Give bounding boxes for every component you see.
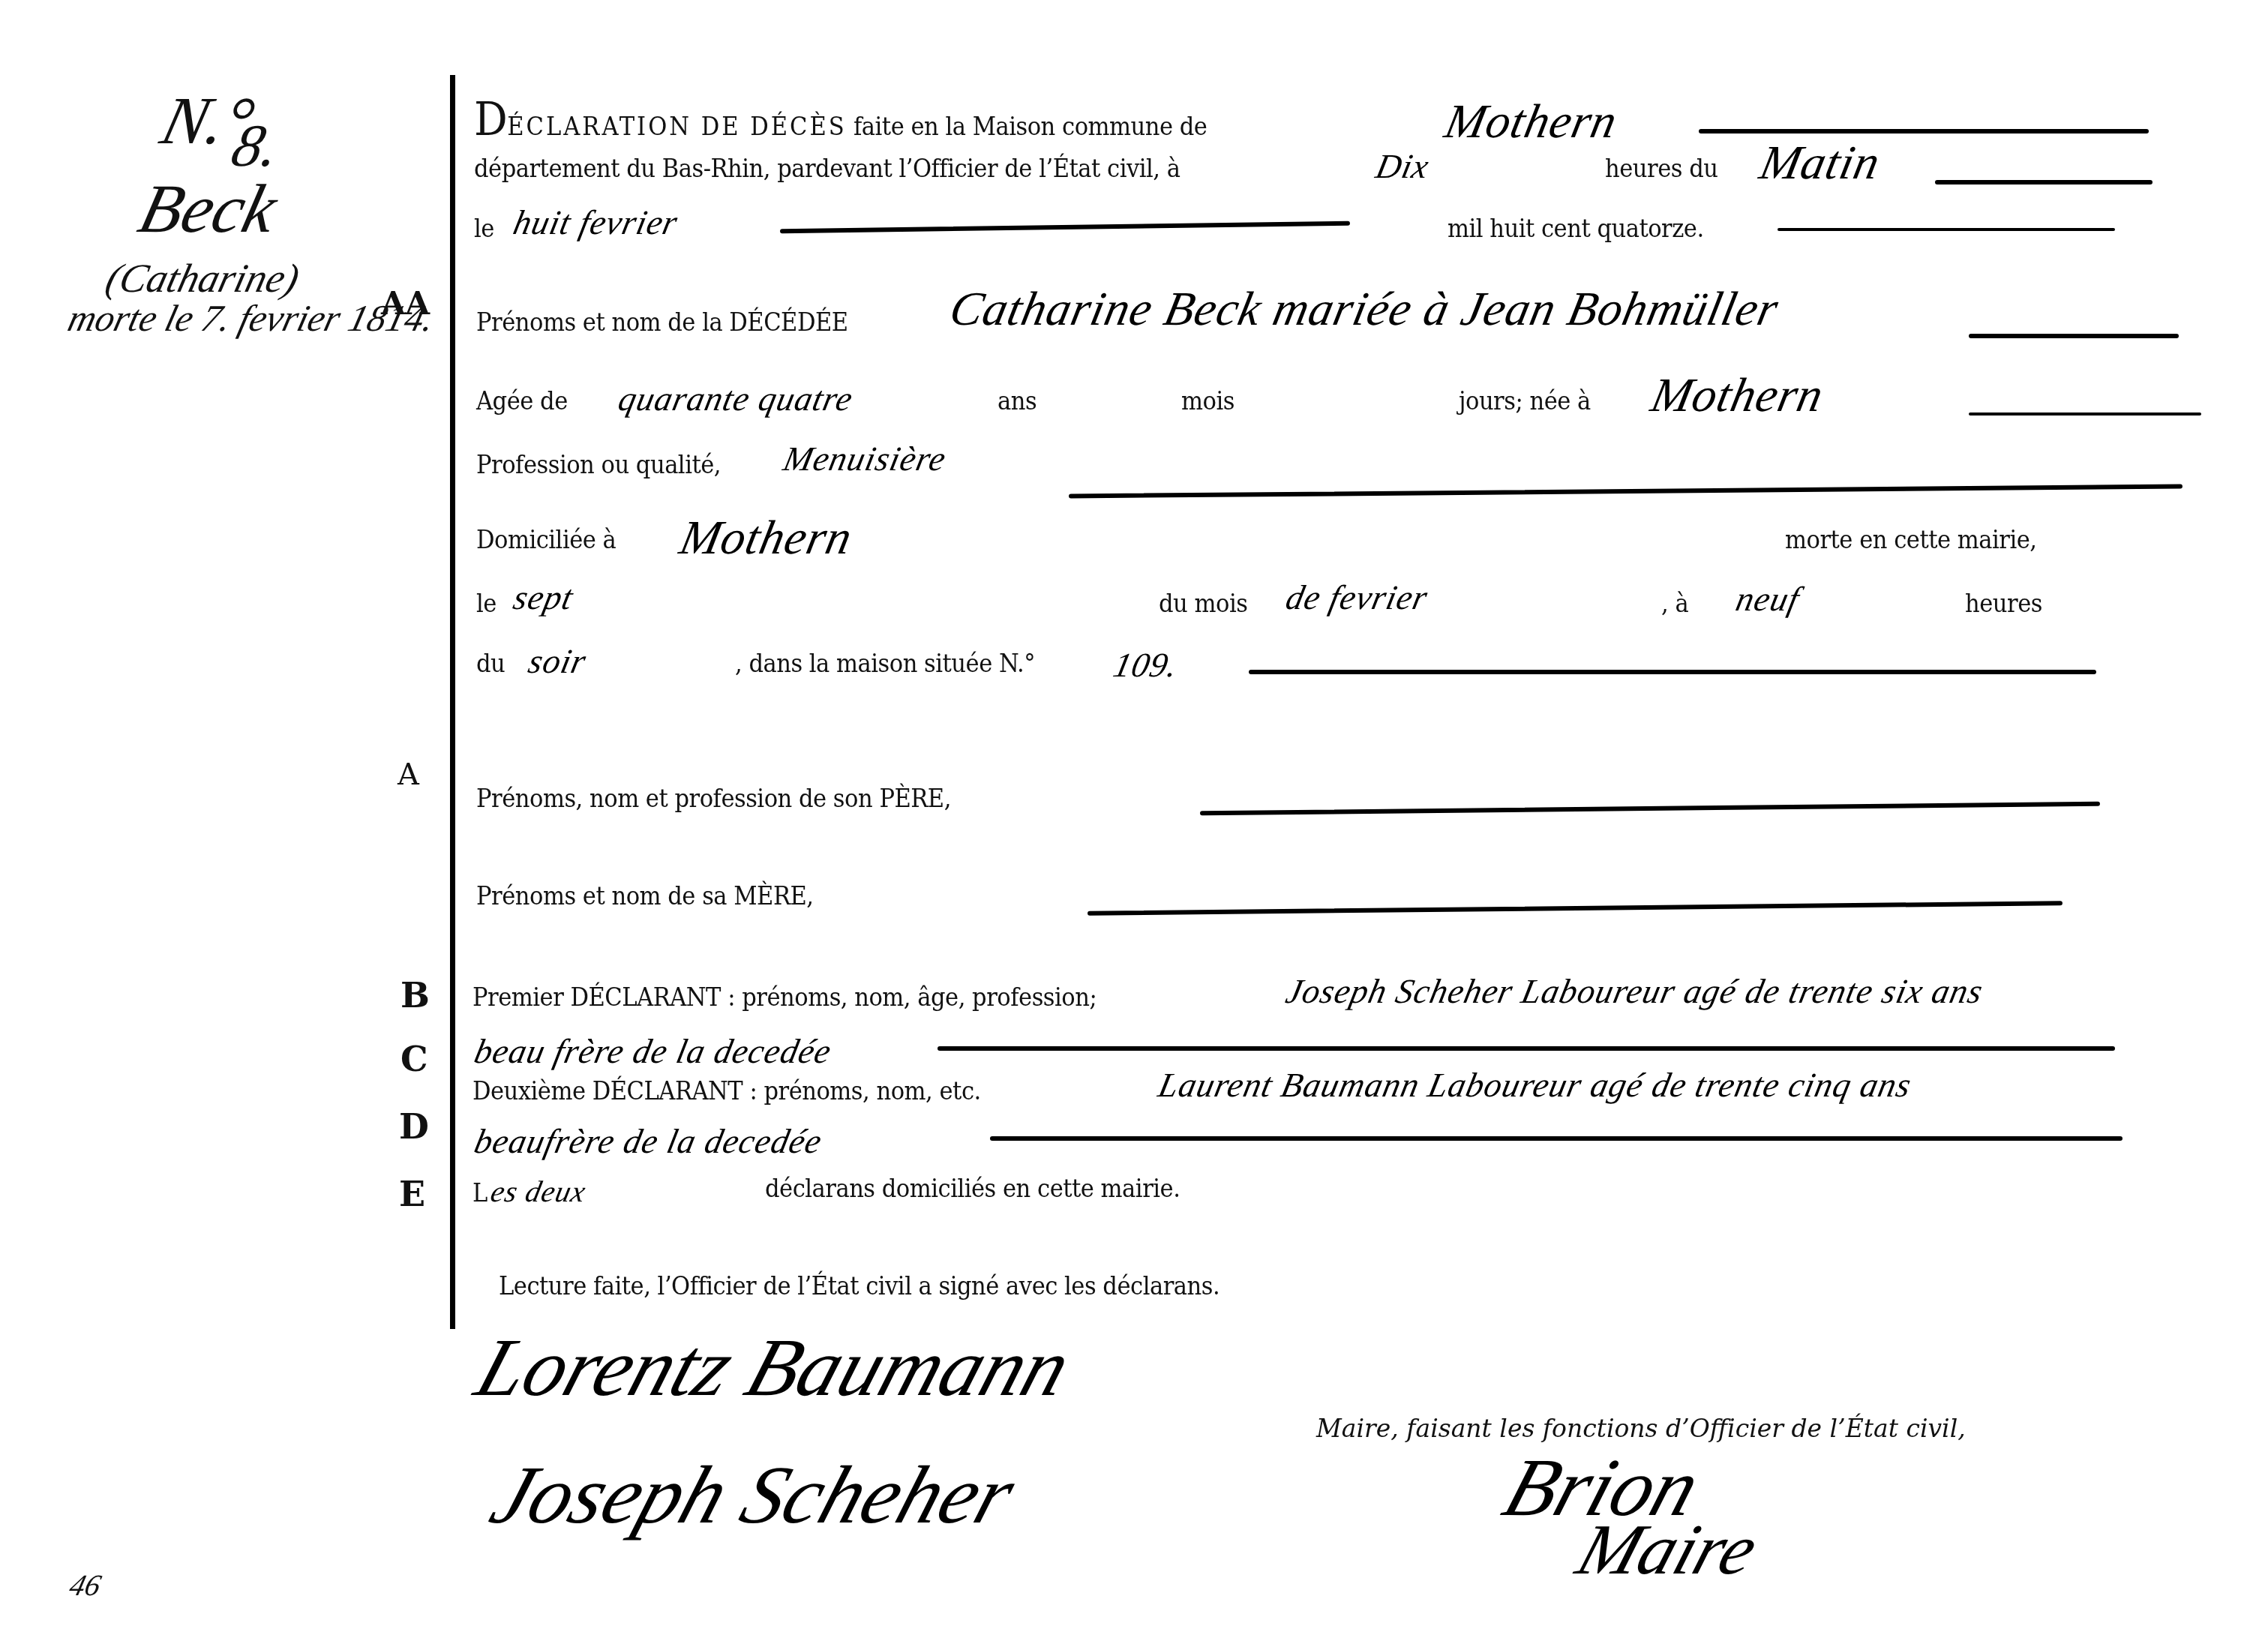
- domicile-label: Domiciliée à: [476, 525, 616, 555]
- days-born-label: jours; née à: [1459, 386, 1591, 416]
- hours-label: heures: [1965, 589, 2042, 619]
- both-prefix: L: [472, 1178, 487, 1208]
- row-letter-c: C: [400, 1039, 428, 1079]
- both-suffix: déclarans domiciliés en cette mairie.: [765, 1174, 1180, 1204]
- profession-value: Menuisière: [780, 439, 949, 478]
- title-suffix: faite en la Maison commune de: [853, 112, 1207, 142]
- first-declarant-relation: beau frère de la decedée: [471, 1031, 835, 1071]
- margin-marker: AA: [381, 285, 430, 322]
- date-prefix: le: [474, 214, 494, 244]
- row-letter-a: A: [397, 757, 419, 792]
- mayor-label: Maire, faisant les fonctions d’Officier …: [1316, 1414, 1966, 1443]
- fill-line: [937, 1046, 2115, 1051]
- margin-surname: Beck: [131, 169, 285, 248]
- profession-label: Profession ou qualité,: [476, 450, 721, 480]
- month-value: de fevrier: [1282, 577, 1432, 617]
- vertical-rule: [450, 75, 455, 1329]
- fill-line: [990, 1136, 2122, 1141]
- title-initial: D: [474, 91, 507, 146]
- years-label: ans: [997, 386, 1036, 416]
- title-rest: ÉCLARATION DE DÉCÈS: [507, 112, 847, 142]
- month-label: du mois: [1159, 589, 1247, 619]
- fill-line: [1249, 670, 2096, 674]
- fill-line: [1969, 334, 2179, 338]
- first-declarant-value: Joseph Scheher Laboureur agé de trente s…: [1282, 971, 1987, 1011]
- fill-line: [1935, 180, 2152, 184]
- fill-line: [1699, 129, 2149, 133]
- title: DÉCLARATION DE DÉCÈS faite en la Maison …: [474, 91, 1207, 146]
- second-declarant-relation: beaufrère de la decedée: [471, 1121, 826, 1161]
- margin-given-name: (Catharine): [101, 255, 304, 301]
- fill-line: [780, 221, 1350, 234]
- father-label: Prénoms, nom et profession de son PÈRE,: [476, 784, 951, 814]
- died-label: morte en cette mairie,: [1785, 525, 2036, 555]
- dept-line: département du Bas-Rhin, pardevant l’Off…: [474, 154, 1180, 184]
- row-letter-e: E: [399, 1174, 425, 1214]
- fill-line: [1069, 484, 2182, 499]
- second-declarant-label: Deuxième DÉCLARANT : prénoms, nom, etc.: [472, 1076, 981, 1106]
- fill-line: [1777, 228, 2115, 231]
- birthplace-value: Mothern: [1646, 367, 1828, 423]
- period-value: Matin: [1755, 135, 1885, 190]
- hour-label: heures du: [1605, 154, 1717, 184]
- signature-declarant-2: Lorentz Baumann: [465, 1320, 1081, 1415]
- months-label: mois: [1181, 386, 1234, 416]
- deceased-name-label: Prénoms et nom de la DÉCÉDÉE: [476, 307, 848, 337]
- commune-value: Mothern: [1440, 94, 1622, 149]
- signature-mayor-title: Maire: [1567, 1507, 1768, 1591]
- deceased-name-value: Catharine Beck mariée à Jean Bohmüller: [945, 281, 1783, 337]
- fill-line: [1969, 412, 2201, 415]
- day-prefix: le: [476, 589, 496, 619]
- day-value: sept: [510, 577, 577, 617]
- first-declarant-label: Premier DÉCLARANT : prénoms, nom, âge, p…: [472, 982, 1096, 1012]
- death-period-value: soir: [525, 641, 590, 681]
- reading-text: Lecture faite, l’Officier de l’État civi…: [499, 1271, 1219, 1301]
- age-value: quarante quatre: [615, 379, 856, 418]
- hour-value: Dix: [1372, 146, 1433, 186]
- house-label: , dans la maison située N.°: [735, 649, 1035, 679]
- death-hour-value: neuf: [1732, 579, 1803, 619]
- both-declarants-line: Les deux: [472, 1174, 582, 1209]
- signature-declarant-1: Joseph Scheher: [480, 1447, 1026, 1543]
- year-text: mil huit cent quatorze.: [1447, 214, 1704, 244]
- domicile-value: Mothern: [675, 510, 857, 565]
- date-value: huit fevrier: [510, 202, 682, 242]
- fill-line: [1200, 802, 2100, 816]
- both-value: es deux: [487, 1174, 589, 1209]
- mother-label: Prénoms et nom de sa MÈRE,: [476, 881, 814, 911]
- period-prefix: du: [476, 649, 505, 679]
- row-letter-b: B: [400, 975, 430, 1015]
- fill-line: [1087, 901, 2062, 916]
- row-letter-d: D: [399, 1106, 429, 1147]
- second-declarant-value: Laurent Baumann Laboureur agé de trente …: [1155, 1065, 1915, 1105]
- age-label: Agée de: [476, 386, 568, 416]
- page-number: 46: [66, 1567, 105, 1603]
- hour-prefix: , à: [1661, 589, 1688, 619]
- house-number-value: 109.: [1110, 645, 1182, 685]
